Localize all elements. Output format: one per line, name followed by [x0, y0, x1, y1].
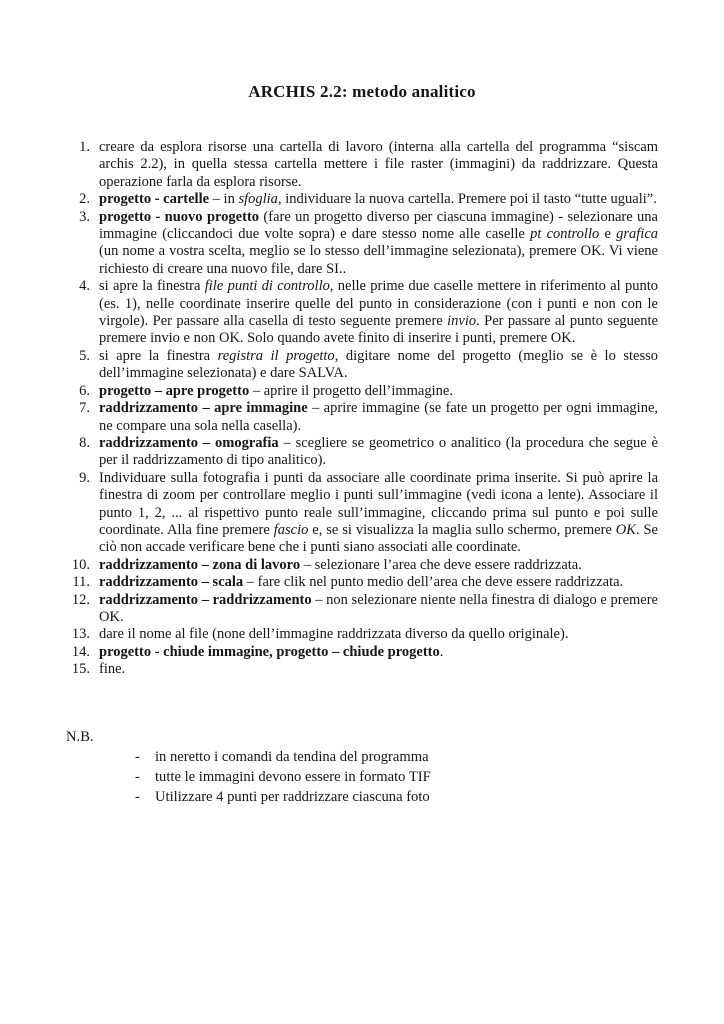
list-item: 11.raddrizzamento – scala – fare clik ne… [66, 574, 658, 591]
nb-section: N.B. -in neretto i comandi da tendina de… [66, 728, 658, 807]
list-item-number: 3. [66, 209, 90, 226]
list-item: 7.raddrizzamento – apre immagine – aprir… [66, 400, 658, 435]
dash-bullet: - [135, 768, 140, 788]
list-item-number: 10. [66, 557, 90, 574]
list-item-number: 2. [66, 191, 90, 208]
dash-bullet: - [135, 748, 140, 768]
list-item: 9.Individuare sulla fotografia i punti d… [66, 470, 658, 557]
dash-bullet: - [135, 788, 140, 808]
list-item: 6.progetto – apre progetto – aprire il p… [66, 383, 658, 400]
list-item-number: 9. [66, 470, 90, 487]
list-item-text: progetto - chiude immagine, progetto – c… [99, 644, 443, 660]
list-item: 4.si apre la finestra file punti di cont… [66, 278, 658, 348]
list-item-text: fine. [99, 661, 125, 677]
nb-item-list: -in neretto i comandi da tendina del pro… [66, 748, 658, 807]
list-item-number: 7. [66, 400, 90, 417]
document-page: ARCHIS 2.2: metodo analitico 1.creare da… [0, 0, 724, 1024]
list-item-number: 15. [66, 661, 90, 678]
list-item-text: raddrizzamento – scala – fare clik nel p… [99, 574, 623, 590]
list-item: 8.raddrizzamento – omografia – scegliere… [66, 435, 658, 470]
list-item-number: 12. [66, 592, 90, 609]
list-item: 10.raddrizzamento – zona di lavoro – sel… [66, 557, 658, 574]
list-item-text: progetto - nuovo progetto (fare un proge… [99, 209, 658, 277]
nb-item: -in neretto i comandi da tendina del pro… [66, 748, 658, 768]
nb-item-text: Utilizzare 4 punti per raddrizzare ciasc… [155, 789, 430, 805]
list-item: 1.creare da esplora risorse una cartella… [66, 139, 658, 191]
list-item: 13.dare il nome al file (none dell’immag… [66, 626, 658, 643]
list-item: 12.raddrizzamento – raddrizzamento – non… [66, 592, 658, 627]
list-item: 15.fine. [66, 661, 658, 678]
list-item-number: 5. [66, 348, 90, 365]
document-title: ARCHIS 2.2: metodo analitico [0, 82, 724, 102]
list-item-number: 11. [66, 574, 90, 591]
list-item: 5.si apre la finestra registra il proget… [66, 348, 658, 383]
list-item-text: Individuare sulla fotografia i punti da … [99, 470, 658, 556]
list-item-text: creare da esplora risorse una cartella d… [99, 139, 658, 190]
list-item: 14.progetto - chiude immagine, progetto … [66, 644, 658, 661]
nb-label: N.B. [66, 728, 658, 746]
nb-item: -Utilizzare 4 punti per raddrizzare cias… [66, 788, 658, 808]
nb-item: -tutte le immagini devono essere in form… [66, 768, 658, 788]
nb-item-text: tutte le immagini devono essere in forma… [155, 769, 431, 785]
list-item-text: raddrizzamento – apre immagine – aprire … [99, 400, 658, 433]
list-item-number: 4. [66, 278, 90, 295]
list-item-text: si apre la finestra file punti di contro… [99, 278, 658, 346]
list-item-text: si apre la finestra registra il progetto… [99, 348, 658, 381]
list-item-text: progetto - cartelle – in sfoglia, indivi… [99, 191, 657, 207]
list-item-text: dare il nome al file (none dell’immagine… [99, 626, 568, 642]
list-item: 3.progetto - nuovo progetto (fare un pro… [66, 209, 658, 279]
list-item: 2.progetto - cartelle – in sfoglia, indi… [66, 191, 658, 208]
instruction-list: 1.creare da esplora risorse una cartella… [66, 139, 658, 679]
list-item-text: raddrizzamento – zona di lavoro – selezi… [99, 557, 582, 573]
list-item-text: progetto – apre progetto – aprire il pro… [99, 383, 453, 399]
nb-item-text: in neretto i comandi da tendina del prog… [155, 749, 429, 765]
list-item-number: 1. [66, 139, 90, 156]
list-item-text: raddrizzamento – omografia – scegliere s… [99, 435, 658, 468]
list-item-number: 6. [66, 383, 90, 400]
list-item-number: 14. [66, 644, 90, 661]
list-item-number: 13. [66, 626, 90, 643]
list-item-text: raddrizzamento – raddrizzamento – non se… [99, 592, 658, 625]
list-item-number: 8. [66, 435, 90, 452]
